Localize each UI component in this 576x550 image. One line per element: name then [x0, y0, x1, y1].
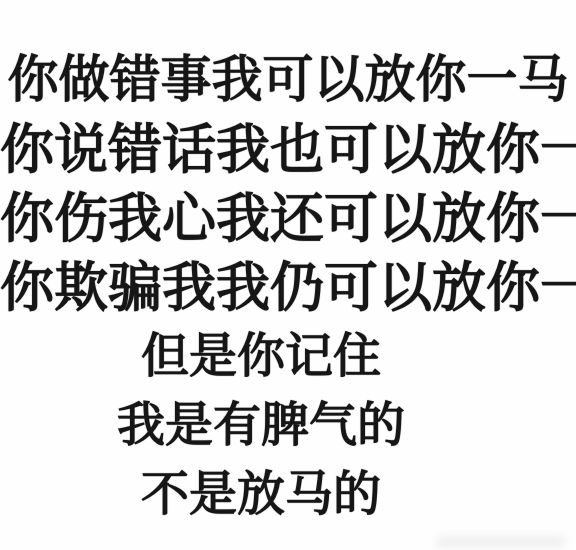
- faint-watermark-smudge: [436, 536, 566, 548]
- meme-line-7: 不是放马的: [0, 460, 549, 529]
- meme-line-3: 你伤我心我还可以放你一马: [0, 184, 576, 253]
- meme-bottom-group: 但是你记住 我是有脾气的 不是放马的: [0, 322, 549, 529]
- meme-line-4: 你欺骗我我仍可以放你一马: [0, 253, 576, 322]
- meme-line-5: 但是你记住: [0, 322, 549, 391]
- meme-line-6: 我是有脾气的: [0, 391, 549, 460]
- meme-line-2: 你说错话我也可以放你一马: [0, 115, 576, 184]
- meme-image: 你做错事我可以放你一马 你说错话我也可以放你一马 你伤我心我还可以放你一马 你欺…: [0, 0, 576, 550]
- meme-line-1: 你做错事我可以放你一马: [0, 46, 576, 115]
- meme-text-block: 你做错事我可以放你一马 你说错话我也可以放你一马 你伤我心我还可以放你一马 你欺…: [0, 46, 576, 529]
